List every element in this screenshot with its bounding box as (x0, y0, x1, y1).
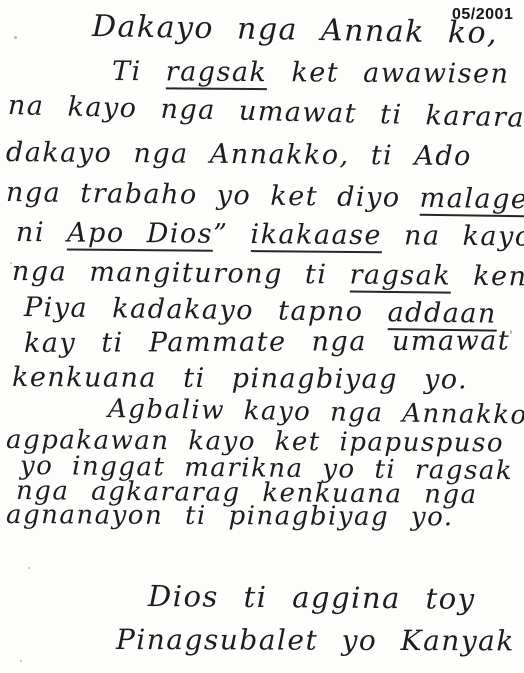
letter-text: Piya kadakayo tapno (24, 292, 388, 328)
letter-text: nga trabaho yo ket diyo (6, 177, 420, 214)
letter-text: Dakayo nga Annak ko, (92, 9, 499, 51)
scan-speck (28, 567, 30, 569)
letter-text: ” (213, 219, 251, 250)
letter-line-closing: Dios ti aggina toy (148, 580, 476, 616)
letter-text: Dios ti aggina toy (148, 579, 476, 616)
letter-line: Ti ragsak ket awawisen (112, 56, 510, 90)
letter-text: dakayo nga Annakko, ti Ado (6, 137, 472, 172)
scan-speck (20, 660, 22, 662)
letter-text: Ti (112, 56, 166, 87)
underlined-word: ragsak (166, 56, 268, 90)
letter-text: kay ti Pammate nga umawat (24, 325, 510, 359)
letter-text: kenkuana ti pinagbiyag yo. (12, 362, 468, 395)
letter-line-closing: Pinagsubalet yo Kanyak (116, 624, 515, 658)
letter-line: na kayo nga umawat ti kararag, (8, 90, 524, 134)
underlined-word: ikakaase (250, 219, 382, 253)
letter-line: Piya kadakayo tapno addaan (24, 292, 497, 330)
letter-line: nga trabaho yo ket diyo malagep (6, 177, 524, 216)
letter-line: kay ti Pammate nga umawat (24, 325, 510, 359)
letter-text: Pinagsubalet yo Kanyak (116, 623, 515, 657)
letter-text: agnanayon ti pinagbiyag yo. (6, 500, 454, 532)
letter-line: agnanayon ti pinagbiyag yo. (6, 501, 454, 533)
underlined-word: Apo Dios (67, 217, 213, 251)
scan-speck (14, 36, 17, 39)
scan-speck (510, 330, 512, 334)
underlined-word: ragsak (349, 260, 451, 294)
letter-text: ket awawisen (267, 57, 509, 90)
letter-line: nga mangiturong ti ragsak ken (12, 256, 524, 292)
letter-line: ni Apo Dios” ikakaase na kayo (16, 217, 524, 253)
letter-text: na kayo nga umawat ti kararag, (8, 90, 524, 134)
letter-text: ni (16, 217, 67, 248)
letter-line-salutation: Dakayo nga Annak ko, (92, 10, 499, 52)
letter-text: ken (451, 261, 524, 293)
letter-text: na kayo (382, 220, 524, 252)
letter-text: nga mangiturong ti (12, 256, 350, 291)
letter-line: dakayo nga Annakko, ti Ado (6, 137, 472, 172)
underlined-word: malagep (419, 183, 524, 218)
scan-speck (10, 262, 12, 264)
scanned-letter-page: 05/2001 Dakayo nga Annak ko, Ti ragsak k… (0, 0, 524, 673)
letter-line: kenkuana ti pinagbiyag yo. (12, 362, 468, 395)
